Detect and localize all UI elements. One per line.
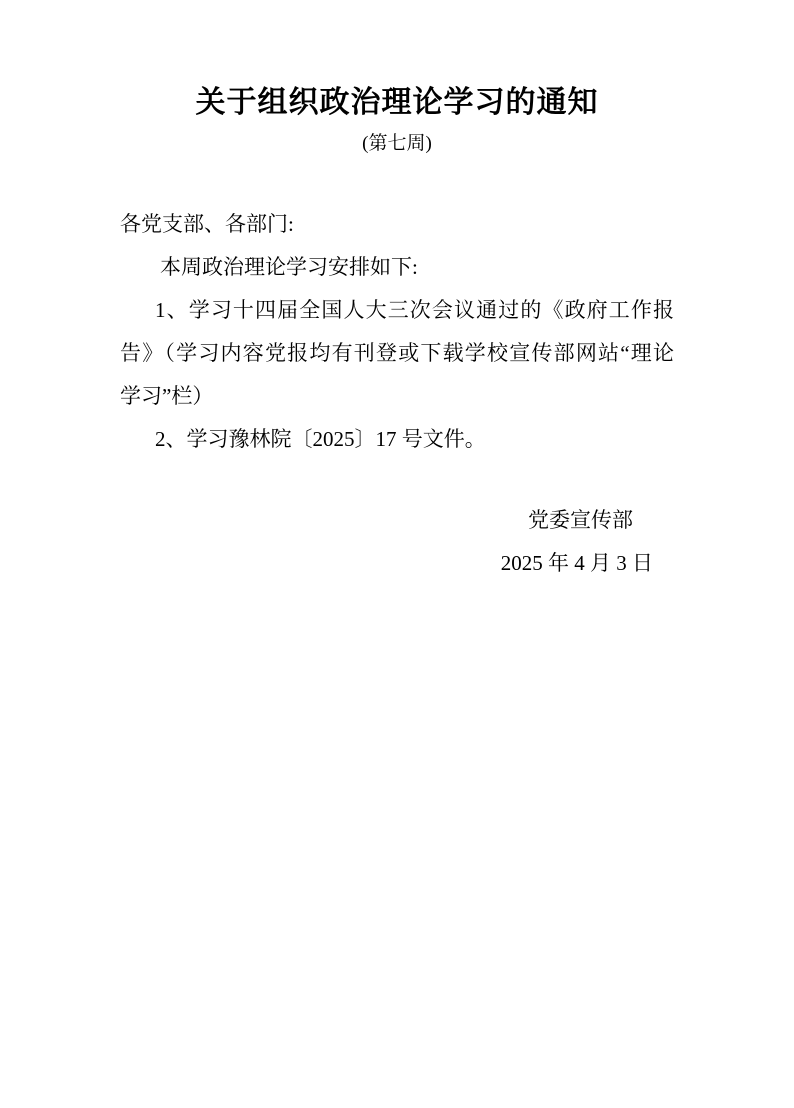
salutation-line: 各党支部、各部门: — [120, 203, 674, 246]
signature-block: 党委宣传部 2025 年 4 月 3 日 — [120, 499, 674, 585]
item1-line2: 告》（学习内容党报均有刊登或下载学校宣传部网站“理论 — [120, 332, 674, 375]
item2-line: 2、学习豫林院〔2025〕17 号文件。 — [120, 418, 674, 461]
signature-date: 2025 年 4 月 3 日 — [120, 542, 653, 585]
intro-line: 本周政治理论学习安排如下: — [120, 246, 674, 289]
document-body: 各党支部、各部门: 本周政治理论学习安排如下: 1、学习十四届全国人大三次会议通… — [120, 203, 674, 461]
item1-line3: 学习”栏） — [120, 375, 674, 418]
item1-line1: 1、学习十四届全国人大三次会议通过的《政府工作报 — [120, 289, 674, 332]
document-subtitle: (第七周) — [120, 131, 674, 157]
signature-organization: 党委宣传部 — [120, 499, 633, 542]
document-title: 关于组织政治理论学习的通知 — [120, 84, 674, 122]
document-page: 关于组织政治理论学习的通知 (第七周) 各党支部、各部门: 本周政治理论学习安排… — [0, 0, 794, 1108]
